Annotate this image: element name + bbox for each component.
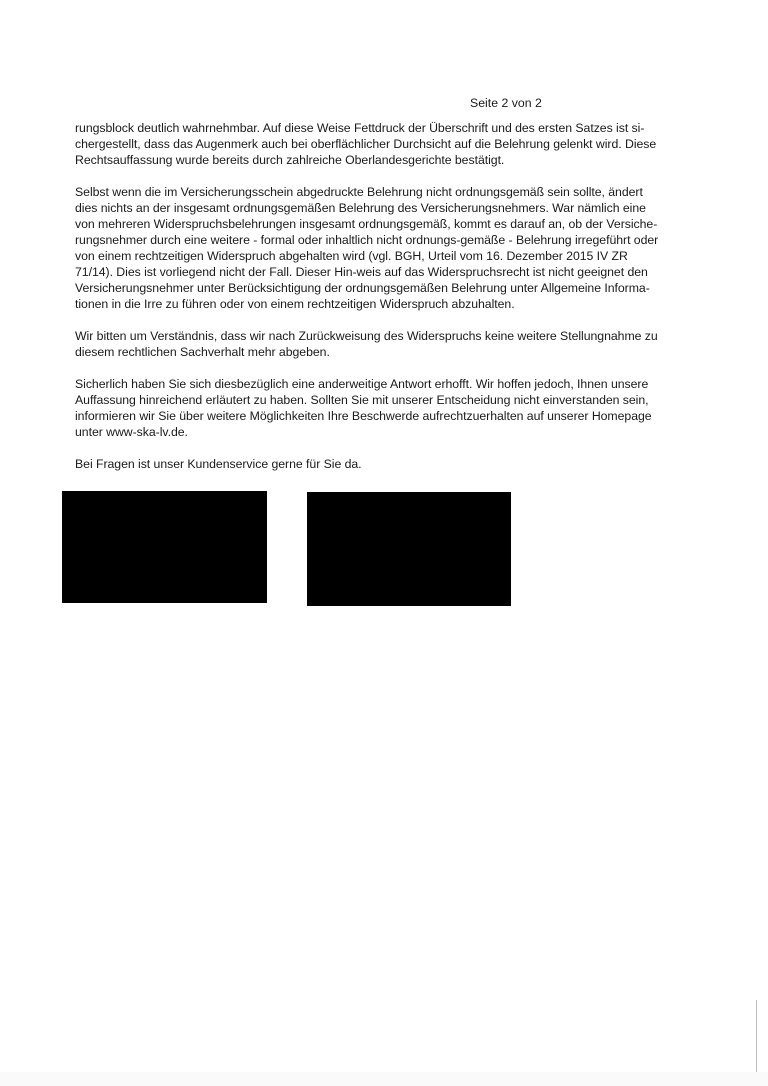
text-line: Sicherlich haben Sie sich diesbezüglich … [75, 376, 715, 392]
text-line: Auffassung hinreichend erläutert zu habe… [75, 392, 715, 408]
paragraph-legal-basis: rungsblock deutlich wahrnehmbar. Auf die… [75, 120, 715, 168]
letter-body: rungsblock deutlich wahrnehmbar. Auf die… [75, 120, 715, 504]
text-line: Rechtsauffassung wurde bereits durch zah… [75, 152, 715, 168]
text-line: Versicherungsnehmer unter Berücksichtigu… [75, 280, 715, 296]
text-line: rungsnehmer durch eine weitere - formal … [75, 232, 715, 248]
paragraph-customer-service: Bei Fragen ist unser Kundenservice gerne… [75, 456, 715, 472]
paragraph-argument: Selbst wenn die im Versicherungsschein a… [75, 184, 715, 312]
text-line: chergestellt, dass das Augenmerk auch be… [75, 136, 715, 152]
scan-edge-line [756, 1000, 757, 1075]
signature-redacted-right [307, 492, 511, 606]
text-line: informieren wir Sie über weitere Möglich… [75, 408, 715, 424]
text-line: Selbst wenn die im Versicherungsschein a… [75, 184, 715, 200]
paragraph-complaint-info: Sicherlich haben Sie sich diesbezüglich … [75, 376, 715, 440]
page-number: Seite 2 von 2 [470, 96, 542, 110]
text-line: von mehreren Widerspruchsbelehrungen ins… [75, 216, 715, 232]
text-line: rungsblock deutlich wahrnehmbar. Auf die… [75, 120, 715, 136]
text-line: tionen in die Irre zu führen oder von ei… [75, 296, 715, 312]
letter-page: Seite 2 von 2 rungsblock deutlich wahrne… [0, 0, 768, 1086]
text-line: diesem rechtlichen Sachverhalt mehr abge… [75, 344, 715, 360]
text-line: Bei Fragen ist unser Kundenservice gerne… [75, 456, 715, 472]
text-line: dies nichts an der insgesamt ordnungsgem… [75, 200, 715, 216]
paragraph-no-further-statement: Wir bitten um Verständnis, dass wir nach… [75, 328, 715, 360]
text-line: Wir bitten um Verständnis, dass wir nach… [75, 328, 715, 344]
signature-redacted-left [62, 491, 267, 603]
scan-bottom-margin [0, 1072, 768, 1086]
text-line: 71/14). Dies ist vorliegend nicht der Fa… [75, 264, 715, 280]
text-line: unter www-ska-lv.de. [75, 424, 715, 440]
text-line: von einem rechtzeitigen Widerspruch abge… [75, 248, 715, 264]
